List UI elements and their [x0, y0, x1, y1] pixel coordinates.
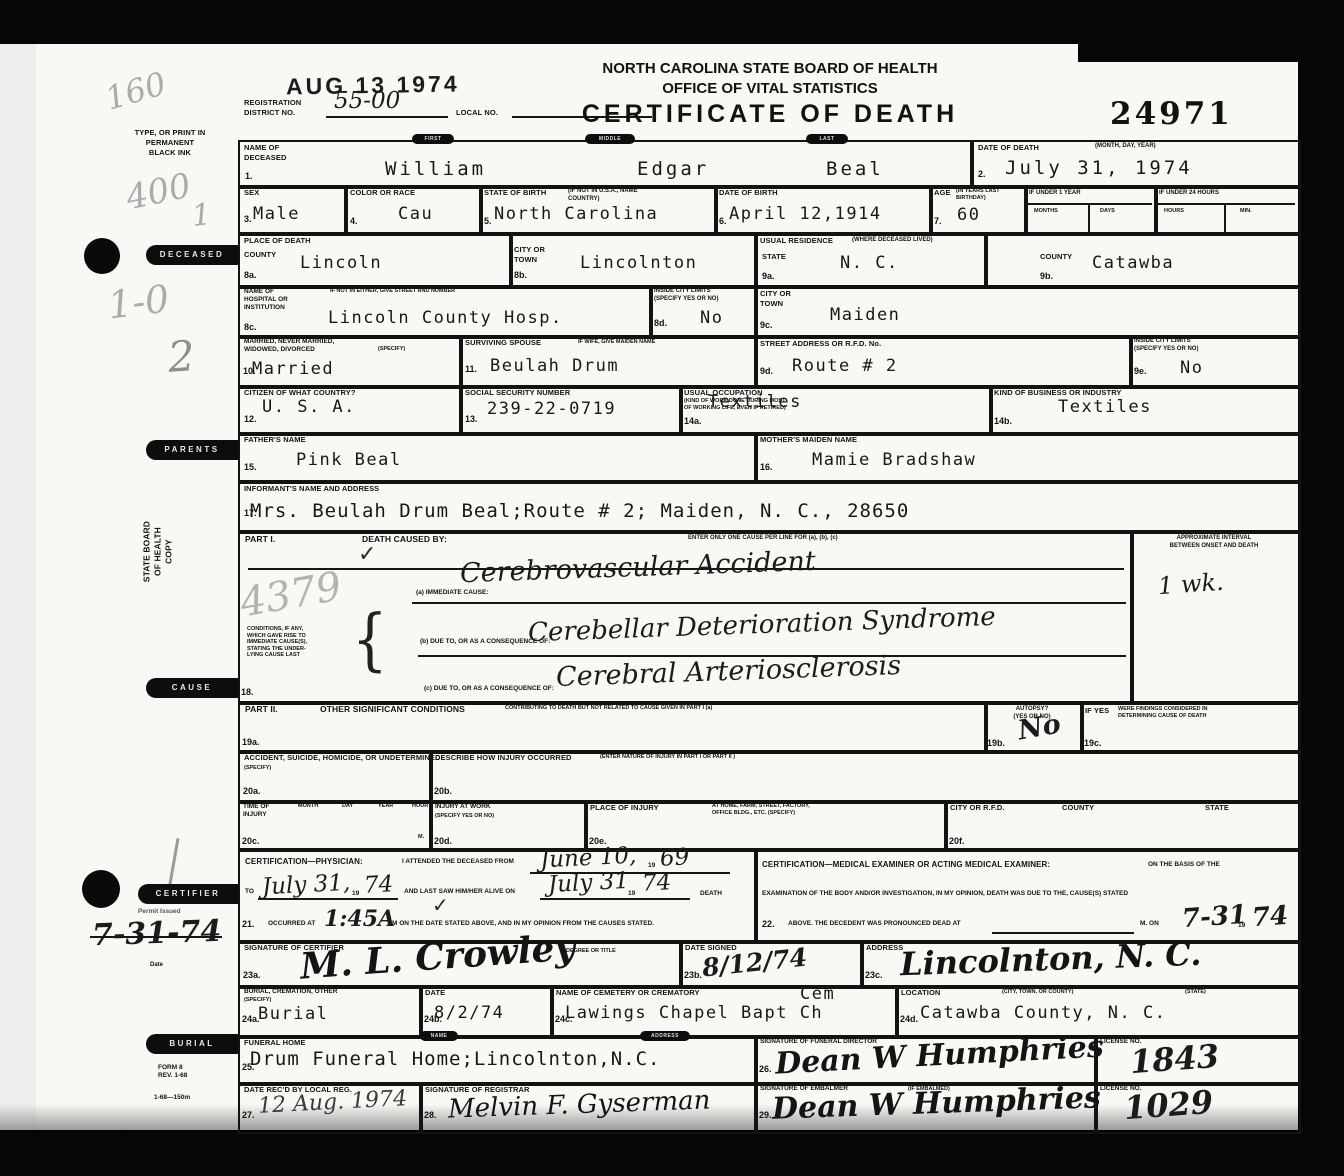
residence-city-label: CITY OR TOWN [760, 289, 791, 309]
field-number: 9b. [1040, 271, 1053, 281]
field-number: 16. [760, 462, 773, 472]
cert-me-text2: EXAMINATION OF THE BODY AND/OR INVESTIGA… [762, 890, 1128, 898]
pod-label: PLACE OF DEATH [244, 236, 311, 246]
location-sublabel1: (CITY, TOWN, OR COUNTY) [1002, 989, 1073, 996]
tab-cause: CAUSE [146, 678, 238, 698]
residence-city-value: Maiden [830, 305, 900, 325]
ssn-value: 239-22-0719 [487, 399, 616, 419]
due-to-c-label: (c) DUE TO, OR AS A CONSEQUENCE OF: [424, 685, 554, 693]
checkmark: ✓ [358, 542, 376, 567]
other-conditions-sublabel: CONTRIBUTING TO DEATH BUT NOT RELATED TO… [505, 705, 712, 712]
cert-physician-text1: I ATTENDED THE DECEASED FROM [402, 858, 514, 866]
residence-sublabel: (WHERE DECEASED LIVED) [852, 237, 933, 245]
race-value: Cau [398, 204, 433, 224]
field-number: 19a. [242, 737, 260, 747]
cert-me-text3: ABOVE. THE DECEDENT WAS PRONOUNCED DEAD … [788, 920, 961, 928]
last-seen-year: 74 [641, 869, 672, 896]
margin-instruction: TYPE, OR PRINT IN PERMANENT BLACK INK [112, 128, 228, 157]
permit-date-label: Date [150, 962, 163, 970]
city-rfd-label: CITY OR R.F.D. [950, 803, 1005, 813]
field-number: 29. [759, 1110, 772, 1120]
form-ref-2: 1-68—150m [154, 1094, 190, 1102]
location-value: Catawba County, N. C. [920, 1003, 1166, 1023]
spouse-sublabel: IF WIFE, GIVE MAIDEN NAME [578, 339, 655, 346]
field-number: 8b. [514, 270, 527, 280]
license2-value: 1029 [1123, 1083, 1214, 1127]
org-line1: NORTH CAROLINA STATE BOARD OF HEALTH [560, 60, 980, 77]
field-number: 8a. [244, 270, 257, 280]
injury-at-work-label: INJURY AT WORK [435, 803, 491, 811]
org-line2: OFFICE OF VITAL STATISTICS [560, 80, 980, 97]
field-number: 18. [241, 687, 254, 697]
certificate-number: 24971 [1110, 96, 1233, 132]
sex-label: SEX [244, 188, 259, 198]
field-number: 23b. [684, 970, 702, 980]
field-number: 6. [719, 216, 727, 226]
permit-date-handwritten: 7-31-74 [91, 914, 221, 953]
street-value: Route # 2 [792, 356, 898, 376]
informant-label: INFORMANT'S NAME AND ADDRESS [244, 484, 379, 494]
cemetery-note: Cem [800, 984, 835, 1004]
other-conditions-label: OTHER SIGNIFICANT CONDITIONS [320, 704, 465, 715]
printed-19: 19 [1238, 922, 1245, 930]
hole-punch-top [84, 238, 120, 274]
field-number: 24a. [242, 1014, 260, 1024]
rule [412, 602, 1126, 604]
father-value: Pink Beal [296, 450, 402, 470]
accident-label: ACCIDENT, SUICIDE, HOMICIDE, OR UNDETERM… [244, 753, 441, 763]
last-seen-value: July 31 [547, 868, 629, 898]
cemetery-value: Lawings Chapel Bapt Ch [565, 1003, 823, 1023]
printed-19: 19 [628, 890, 635, 898]
field-number: 21. [242, 919, 255, 929]
field-number: 9c. [760, 320, 773, 330]
local-no-label: LOCAL NO. [456, 108, 498, 118]
field-number: 20c. [242, 836, 260, 846]
residence-state-label: STATE [762, 252, 786, 262]
describe-injury-label: DESCRIBE HOW INJURY OCCURRED [435, 753, 572, 763]
sex-value: Male [253, 204, 300, 224]
margin-pencil-1-0: 1-0 [106, 276, 172, 327]
citizen-value: U. S. A. [262, 397, 356, 417]
field-number: 1. [245, 171, 253, 181]
field-number: 24d. [900, 1014, 918, 1024]
race-label: COLOR OR RACE [350, 188, 415, 198]
rule [258, 898, 398, 900]
field-number: 9d. [760, 366, 773, 376]
marital-label: MARRIED, NEVER MARRIED, WIDOWED, DIVORCE… [244, 338, 334, 354]
printed-19: 19 [352, 890, 359, 898]
mother-label: MOTHER'S MAIDEN NAME [760, 435, 857, 445]
attended-to-year: 74 [363, 871, 394, 898]
rule [992, 932, 1134, 934]
cert-physician-text2: AND LAST SAW HIM/HER ALIVE ON [404, 888, 515, 896]
tab-burial: BURIAL [146, 1034, 238, 1054]
inside-city-9e-value: No [1180, 358, 1203, 378]
scan-bar-top-right [1078, 40, 1302, 62]
last-tab: LAST [806, 134, 848, 144]
hospital-label: NAME OF HOSPITAL OR INSTITUTION [244, 288, 288, 312]
tab-parents: PARENTS [146, 440, 238, 460]
father-label: FATHER'S NAME [244, 435, 306, 445]
injury-state-label: STATE [1205, 803, 1229, 813]
under-24-hours-label: IF UNDER 24 HOURS [1159, 190, 1219, 198]
age-sublabel: (IN YEARS LAST BIRTHDAY) [956, 188, 1000, 201]
burial-date-label: DATE [425, 988, 445, 998]
year-label: YEAR [378, 803, 393, 810]
name-tab: NAME [420, 1031, 458, 1041]
immediate-cause-label: (a) IMMEDIATE CAUSE: [416, 589, 488, 597]
field-number: 11. [465, 364, 477, 374]
field-number: 28. [424, 1110, 437, 1120]
place-of-injury-sublabel: AT HOME, FARM, STREET, FACTORY, OFFICE B… [712, 803, 810, 816]
address-tab: ADDRESS [640, 1031, 690, 1041]
informant-value: Mrs. Beulah Drum Beal;Route # 2; Maiden,… [250, 500, 909, 522]
cert-physician-text3: M ON THE DATE STATED ABOVE, AND IN MY OP… [392, 920, 654, 928]
field-number: 14a. [684, 416, 702, 426]
ssn-label: SOCIAL SECURITY NUMBER [465, 388, 570, 398]
scan-bar-right [1298, 0, 1344, 1176]
field-number: 19c. [1084, 738, 1102, 748]
permit-date-underline [90, 936, 222, 938]
death-label: DEATH [700, 890, 722, 898]
first-tab: FIRST [412, 134, 454, 144]
hospital-value: Lincoln County Hosp. [328, 308, 563, 328]
field-number: 26. [759, 1064, 772, 1074]
findings-label: WERE FINDINGS CONSIDERED IN DETERMINING … [1118, 706, 1208, 719]
interval-label: APPROXIMATE INTERVAL BETWEEN ONSET AND D… [1136, 535, 1292, 550]
if-yes-label: IF YES [1085, 706, 1109, 716]
cell-interval [1130, 530, 1301, 705]
day-label: DAY [342, 803, 353, 810]
residence-label: USUAL RESIDENCE [760, 236, 833, 246]
enter-only-label: ENTER ONLY ONE CAUSE PER LINE FOR (a), (… [688, 535, 838, 543]
residence-state-value: N. C. [840, 253, 899, 273]
field-number: 23a. [243, 970, 261, 980]
occupation-value: Textiles [708, 392, 802, 412]
field-number: 4. [350, 216, 358, 226]
field-number: 13. [465, 414, 478, 424]
license1-value: 1843 [1129, 1037, 1220, 1081]
middle-tab: MIDDLE [585, 134, 635, 144]
field-number: 12. [244, 414, 257, 424]
hours-label: HOURS [1164, 208, 1184, 215]
field-number: 20d. [434, 836, 452, 846]
hospital-sublabel: IF NOT IN EITHER, GIVE STREET AND NUMBER [330, 288, 455, 295]
name-last-value: Beal [826, 158, 884, 180]
field-number: 14b. [994, 416, 1012, 426]
dod-value: July 31, 1974 [1005, 157, 1193, 179]
attended-to-value: July 31, [261, 870, 351, 901]
scan-bar-bottom [0, 1130, 1344, 1176]
name-label: NAME OF DECEASED [244, 143, 286, 163]
spouse-label: SURVIVING SPOUSE [465, 338, 541, 348]
accident-sublabel: (SPECIFY) [244, 765, 271, 772]
age-label: AGE [934, 188, 951, 198]
m-label: M. [418, 834, 424, 841]
cert-me-text1: ON THE BASIS OF THE [1148, 861, 1220, 869]
field-number: 3. [244, 214, 252, 224]
injury-at-work-sublabel: (SPECIFY YES OR NO) [435, 813, 494, 820]
inside-city-9e-label: INSIDE CITY LIMITS (SPECIFY YES OR NO) [1134, 338, 1198, 353]
marital-value: Married [252, 359, 334, 379]
field-number: 8d. [654, 318, 667, 328]
time-of-injury-label: TIME OF INJURY [243, 803, 269, 819]
field-number: 20f. [949, 836, 965, 846]
tab-certifier: CERTIFIER [138, 884, 238, 904]
part1-label: PART I. [245, 534, 275, 545]
burial-sublabel: (SPECIFY) [244, 997, 271, 1004]
spouse-value: Beulah Drum [490, 356, 619, 376]
margin-pencil-2: 2 [166, 331, 196, 382]
pod-county-label: COUNTY [244, 250, 276, 260]
month-label: MONTH [298, 803, 318, 810]
rule [540, 898, 690, 900]
name-middle-value: Edgar [637, 158, 709, 180]
registration-underline [326, 116, 448, 118]
dod-sublabel: (MONTH, DAY, YEAR) [1095, 143, 1156, 151]
mother-value: Mamie Bradshaw [812, 450, 976, 470]
burial-date-value: 8/2/74 [434, 1003, 504, 1023]
field-number: 9a. [762, 271, 775, 281]
divider [1088, 203, 1090, 232]
pod-city-value: Lincolnton [580, 253, 697, 273]
location-label: LOCATION [901, 988, 940, 998]
to-label: TO [245, 888, 254, 896]
brace: { [352, 602, 388, 680]
field-number: 7. [934, 216, 942, 226]
field-number: 15. [244, 462, 257, 472]
certifier-address-label: ADDRESS [866, 943, 903, 953]
dob-label: DATE OF BIRTH [719, 188, 778, 198]
registration-district-value: 55-00 [334, 88, 400, 114]
residence-county-label: COUNTY [1040, 252, 1072, 262]
field-number: 8c. [244, 322, 257, 332]
name-first-value: William [385, 158, 486, 180]
divider [1224, 203, 1226, 232]
place-of-injury-label: PLACE OF INJURY [590, 803, 659, 813]
form-ref: FORM 8 REV. 1-68 [158, 1064, 187, 1080]
hour-label: HOUR [412, 803, 428, 810]
checkmark: ✓ [432, 893, 449, 917]
inside-city-8d-value: No [700, 308, 723, 328]
field-number: 9e. [1134, 366, 1147, 376]
residence-county-value: Catawba [1092, 253, 1174, 273]
scan-bar-top [0, 0, 1344, 44]
under-1-year-label: IF UNDER 1 YEAR [1029, 190, 1081, 198]
field-number: 27. [242, 1110, 255, 1120]
attended-from-year: 69 [659, 844, 690, 871]
cert-physician-label: CERTIFICATION—PHYSICIAN: [245, 857, 363, 867]
dob-value: April 12,1914 [729, 204, 882, 224]
burial-value: Burial [258, 1004, 328, 1024]
certificate-title: CERTIFICATE OF DEATH [545, 100, 995, 129]
field-number: 20a. [243, 786, 261, 796]
hole-punch-bottom [82, 870, 120, 908]
death-certificate-scan: 160 TYPE, OR PRINT IN PERMANENT BLACK IN… [0, 0, 1344, 1176]
industry-value: Textiles [1058, 397, 1152, 417]
location-sublabel2: (STATE) [1185, 989, 1206, 996]
conditions-label: CONDITIONS, IF ANY, WHICH GAVE RISE TO I… [247, 626, 307, 659]
dod-label: DATE OF DEATH [978, 143, 1039, 153]
margin-pencil-1: 1 [190, 197, 213, 234]
age-value: 60 [957, 205, 980, 225]
death-time-value: 1:45A [324, 906, 395, 932]
field-number: 5. [484, 216, 492, 226]
street-label: STREET ADDRESS OR R.F.D. No. [760, 339, 881, 349]
birth-state-label: STATE OF BIRTH [484, 188, 546, 198]
field-number: 23c. [865, 970, 883, 980]
marital-sublabel: (SPECIFY) [378, 346, 405, 353]
burial-label: BURIAL, CREMATION, OTHER [244, 988, 337, 996]
days-label: DAYS [1100, 208, 1115, 215]
pod-county-value: Lincoln [300, 253, 382, 273]
cemetery-label: NAME OF CEMETERY OR CREMATORY [556, 988, 700, 998]
pod-city-label: CITY OR TOWN [514, 245, 545, 265]
cert-me-text4: M. ON [1140, 920, 1159, 928]
part2-label: PART II. [245, 704, 278, 715]
cert-me-label: CERTIFICATION—MEDICAL EXAMINER OR ACTING… [762, 860, 1050, 870]
months-label: MONTHS [1034, 208, 1058, 215]
field-number: 20b. [434, 786, 452, 796]
describe-injury-sublabel: (ENTER NATURE OF INJURY IN PART I OR PAR… [600, 754, 735, 761]
min-label: MIN. [1240, 208, 1252, 215]
registration-district-label: REGISTRATION DISTRICT NO. [244, 98, 301, 118]
field-number: 2. [978, 169, 986, 179]
birth-state-value: North Carolina [494, 204, 658, 224]
tab-deceased: DECEASED [146, 245, 238, 265]
interval-value: 1 wk. [1157, 568, 1224, 601]
funeral-home-label: FUNERAL HOME [244, 1038, 305, 1048]
occurred-at-label: OCCURRED AT [268, 920, 315, 928]
birth-state-sublabel: (IF NOT IN U.S.A., NAME COUNTRY) [568, 188, 638, 203]
printed-19: 19 [648, 862, 655, 870]
field-number: 19b. [987, 738, 1005, 748]
margin-copy-label: STATE BOARD OF HEALTH COPY [141, 494, 174, 610]
pronounced-year-value: 74 [1251, 901, 1289, 933]
injury-county-label: COUNTY [1062, 803, 1094, 813]
funeral-home-value: Drum Funeral Home;Lincolnton,N.C. [250, 1048, 661, 1070]
field-number: 22. [762, 919, 775, 929]
inside-city-8d-label: INSIDE CITY LIMITS (SPECIFY YES OR NO) [654, 288, 718, 303]
